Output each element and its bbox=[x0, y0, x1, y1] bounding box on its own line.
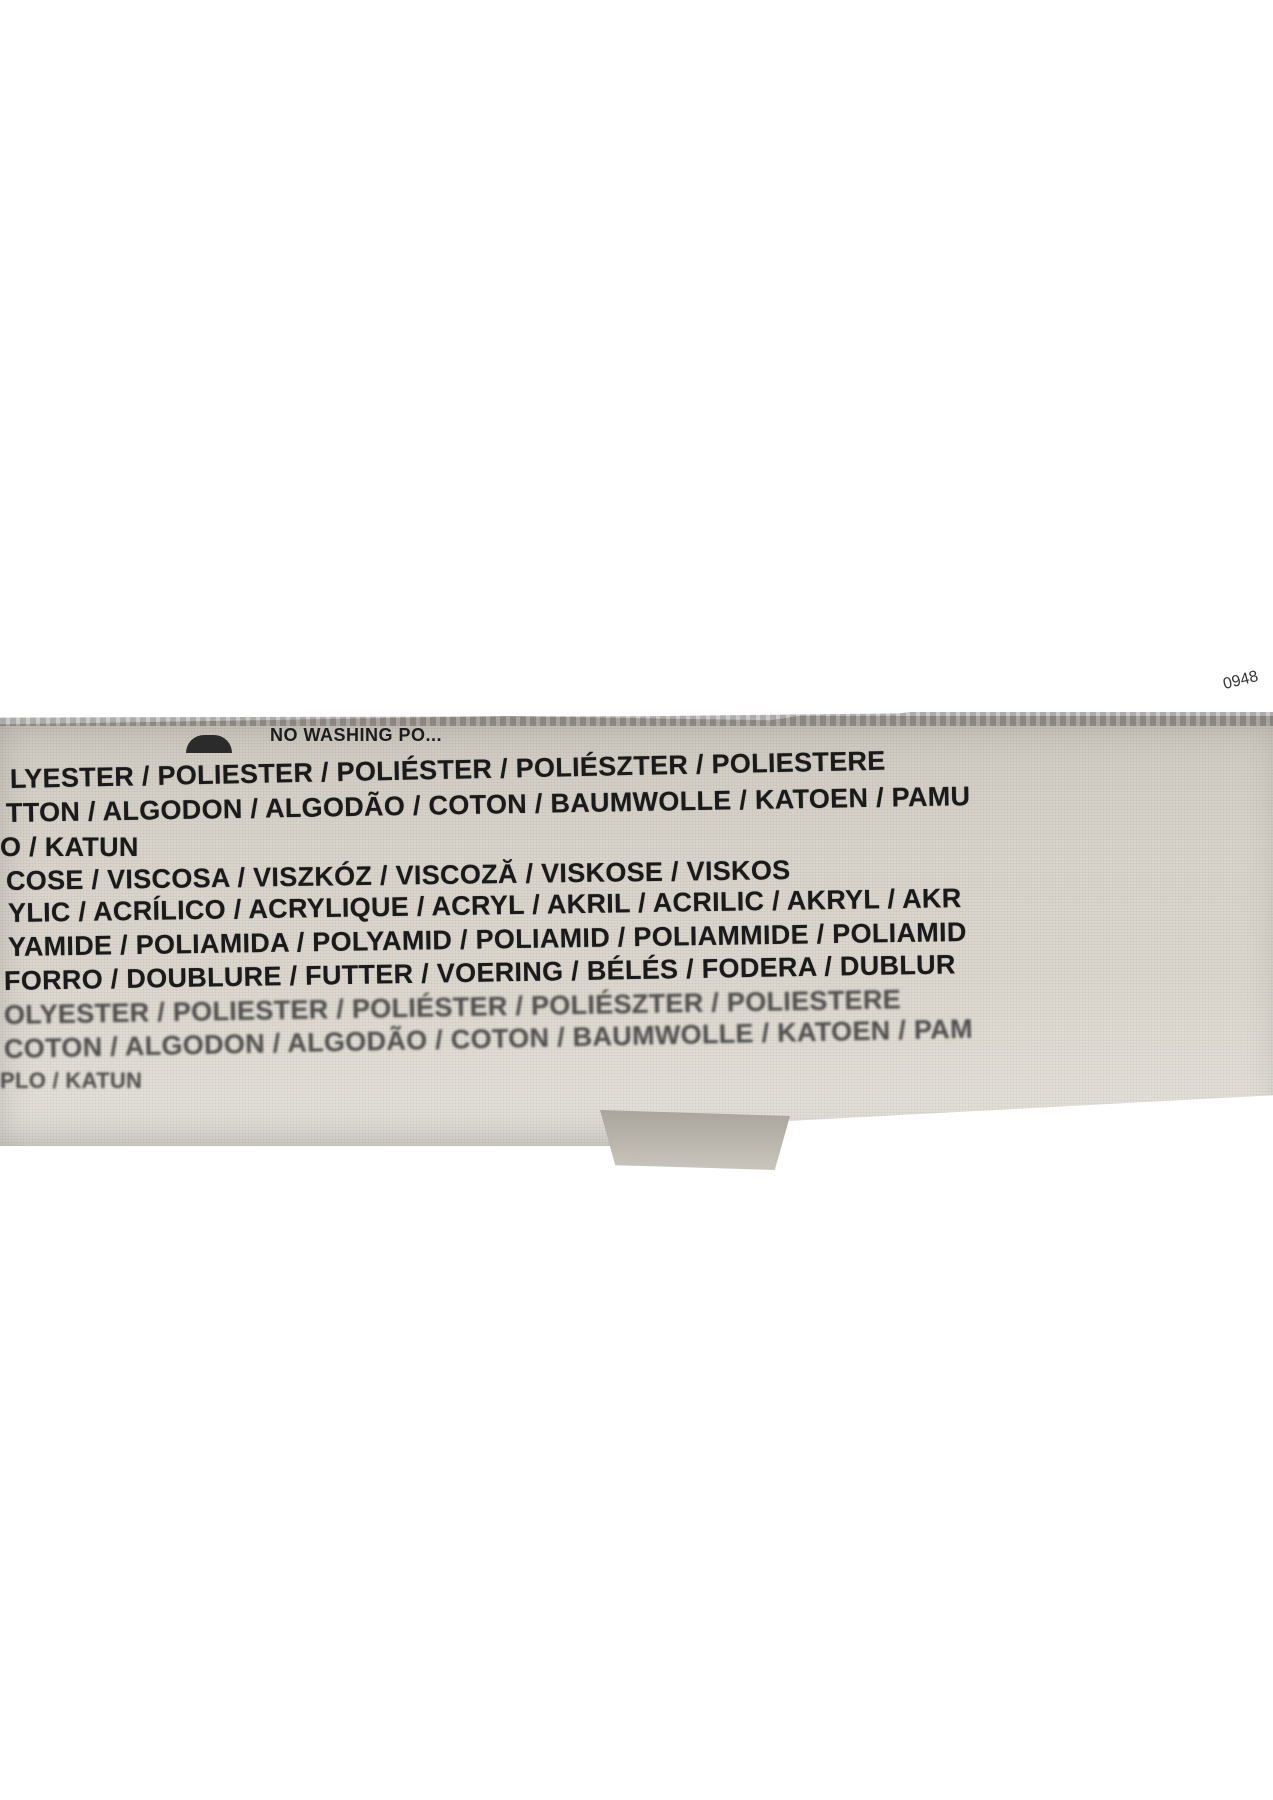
care-label-photo: 0948 NO WASHING PO... LYESTER / POLIESTE… bbox=[0, 0, 1273, 1800]
care-instruction: NO WASHING PO... bbox=[270, 725, 442, 746]
composition-line: O / KATUN bbox=[0, 832, 139, 863]
label-code: 0948 bbox=[1222, 668, 1261, 694]
label-frayed-edge bbox=[0, 712, 1273, 726]
label-fold bbox=[600, 1110, 790, 1170]
composition-line: PLO / KATUN bbox=[0, 1068, 142, 1094]
